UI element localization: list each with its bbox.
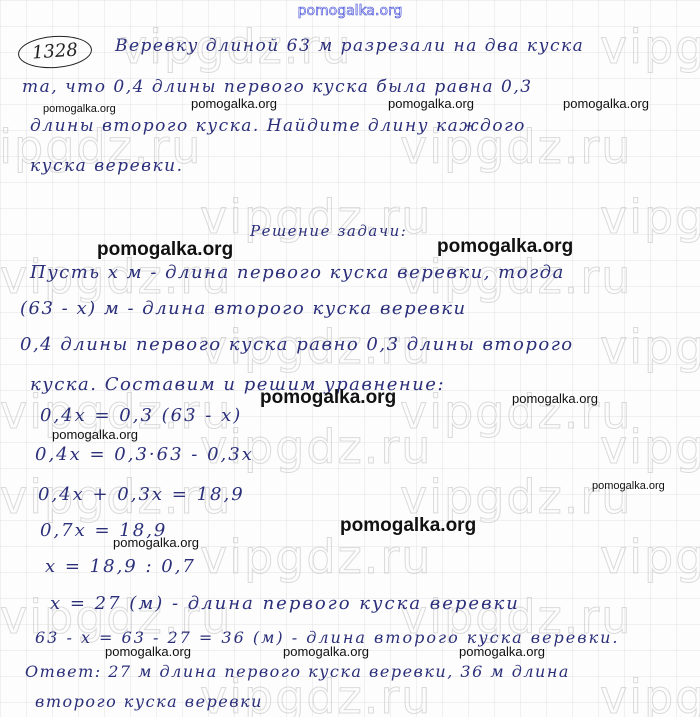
equation-line: x = 18,9 : 0,7	[45, 556, 196, 577]
solution-heading: Решение задачи:	[250, 222, 407, 240]
equation-line: 0,4x = 0,3·63 - 0,3x	[35, 444, 254, 465]
watermark-vipgdz: vipgdz.ru	[600, 190, 700, 244]
watermark-vipgdz: vipgdz.ru	[200, 530, 432, 584]
watermark-pomogalka: pomogalka.org	[563, 96, 649, 111]
watermark-vipgdz: vipgdz.ru	[600, 20, 700, 74]
watermark-pomogalka: pomogalka.org	[52, 427, 138, 442]
problem-line: Веревку длиной 63 м разрезали на два кус…	[115, 36, 584, 56]
watermark-vipgdz: vipgdz.ru	[600, 530, 700, 584]
watermark-pomogalka: pomogalka.org	[191, 96, 277, 111]
watermark-pomogalka: pomogalka.org	[113, 535, 199, 550]
solution-line: 0,4 длины первого куска равно 0,3 длины …	[20, 334, 574, 355]
watermark-pomogalka: pomogalka.org	[512, 391, 598, 406]
watermark-pomogalka: pomogalka.org	[459, 644, 545, 659]
watermark-pomogalka: pomogalka.org	[340, 515, 476, 537]
answer-line: второго куска веревки	[35, 692, 263, 711]
watermark-pomogalka: pomogalka.org	[105, 644, 191, 659]
watermark-vipgdz: vipgdz.ru	[600, 670, 700, 717]
watermark-vipgdz: vipgdz.ru	[600, 320, 700, 374]
watermark-pomogalka: pomogalka.org	[388, 96, 474, 111]
equation-line: x = 27 (м) - длина первого куска веревки	[50, 593, 520, 614]
equation-line: 0,4x = 0,3 (63 - x)	[40, 405, 242, 426]
problem-line: куска веревки.	[30, 156, 184, 176]
watermark-pomogalka: pomogalka.org	[437, 236, 573, 258]
watermark-vipgdz: vipgdz.ru	[600, 420, 700, 474]
watermark-pomogalka: pomogalka.org	[592, 480, 665, 492]
watermark-top: pomogalka.org	[0, 3, 700, 19]
watermark-pomogalka: pomogalka.org	[43, 103, 116, 115]
solution-line: Пусть x м - длина первого куска веревки,…	[30, 262, 565, 283]
problem-line: длины второго куска. Найдите длину каждо…	[30, 116, 526, 136]
watermark-pomogalka: pomogalka.org	[97, 239, 233, 261]
solution-line: (63 - x) м - длина второго куска веревки	[20, 298, 467, 319]
answer-line: Ответ: 27 м длина первого куска веревки,…	[25, 662, 570, 681]
watermark-pomogalka: pomogalka.org	[260, 387, 396, 409]
watermark-pomogalka: pomogalka.org	[283, 644, 369, 659]
equation-line: 0,4x + 0,3x = 18,9	[38, 484, 245, 505]
problem-line: та, что 0,4 длины первого куска была рав…	[22, 77, 533, 97]
